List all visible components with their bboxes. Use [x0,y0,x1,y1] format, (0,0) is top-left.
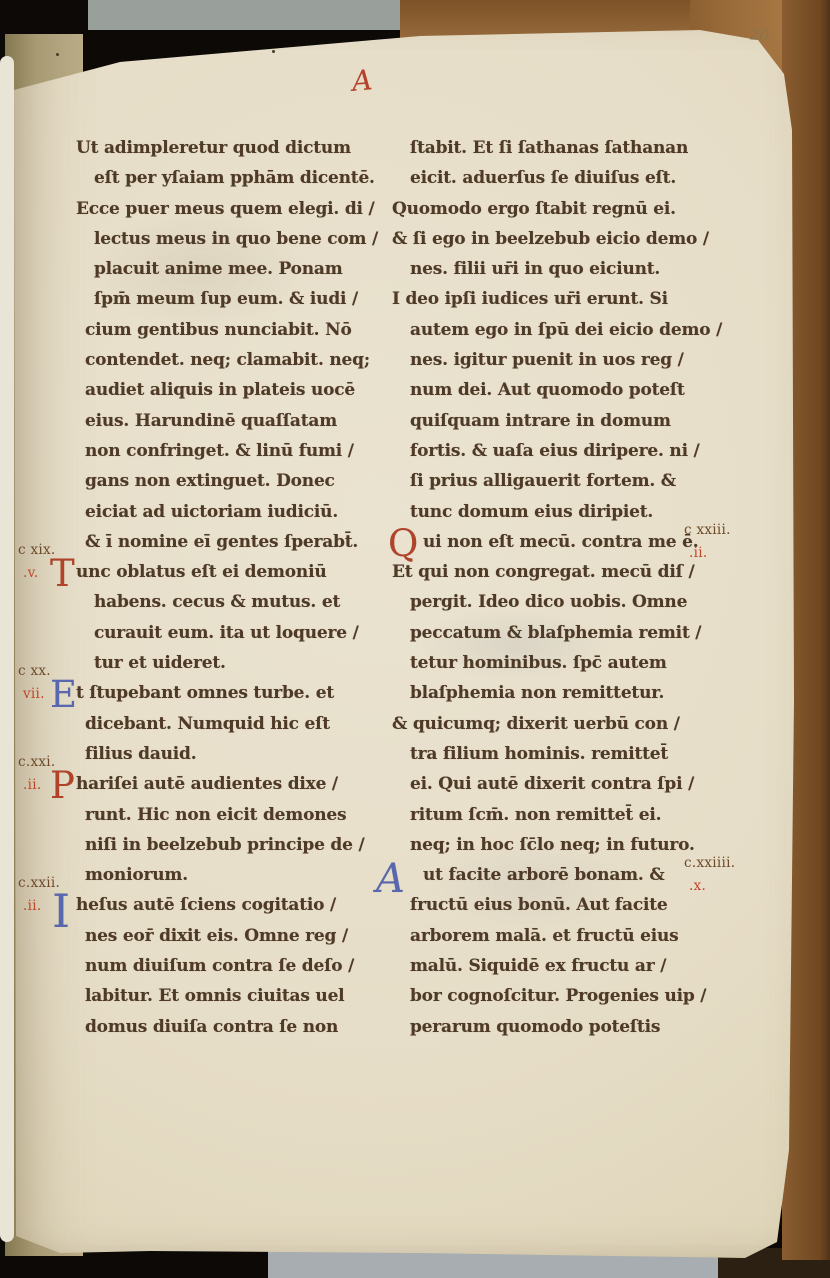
line-text: tetur hominibus. ſpc̄ autem [410,653,667,673]
line-text: domus diuiſa contra ſe non [85,1017,338,1037]
line-text: cium gentibus nunciabit. Nō [85,320,352,340]
text-line: autem ego in ſpū dei eicio demo / [392,315,728,345]
text-line: Et qui non congregat. mecū diſ / [392,557,728,587]
text-line: nes eor̄ dixit eis. Omne reg / [76,921,394,951]
facing-page-edge [0,56,14,1242]
text-line: pergit. Ideo dico uobis. Omne [392,587,728,617]
text-line: moniorum. [76,860,394,890]
illuminated-initial: P [50,766,75,807]
line-text: niſi in beelzebub principe de / [85,835,364,855]
line-text: non confringet. & linū fumi / [85,441,354,461]
line-text: nes. igitur puenit in uos reg / [410,350,684,370]
line-text: eicit. aduerſus ſe diuiſus eſt. [410,168,676,188]
text-line: niſi in beelzebub principe de / [76,830,394,860]
text-line: ſi prius alligauerit fortem. & [392,466,728,496]
text-line: eſt per yſaiam pphām dicentē. [76,163,394,193]
margin-chapter-label: c.xxiiii. [684,856,744,871]
illuminated-initial: A [376,857,405,901]
margin-chapter-label: c xxiii. [684,523,744,538]
line-text: ei. Qui autē dixerit contra ſpi / [410,774,694,794]
text-line: quiſquam intrare in domum [392,406,728,436]
text-line: gans non extinguet. Donec [76,466,394,496]
text-line: I deo ipſi iudices ur̄i erunt. Si [392,284,728,314]
line-text: pergit. Ideo dico uobis. Omne [410,592,687,612]
line-text: tunc domum eius diripiet. [410,502,653,522]
text-line: ei. Qui autē dixerit contra ſpi / [392,769,728,799]
line-text: dicebant. Numquid hic eſt [85,714,330,734]
text-line: fructū eius bonū. Aut facite [392,890,728,920]
line-text: curauit eum. ita ut loquere / [94,623,359,643]
text-line: num dei. Aut quomodo poteſt [392,375,728,405]
line-text: & ſi ego in beelzebub eicio demo / [392,229,709,249]
text-line: audiet aliquis in plateis uocē [76,375,394,405]
text-line: nes. filii ur̄i in quo eiciunt. [392,254,728,284]
line-text: ritum ſcm̄. non remittet̄ ei. [410,805,661,825]
text-line: tetur hominibus. ſpc̄ autem [392,648,728,678]
line-text: eſt per yſaiam pphām dicentē. [94,168,375,188]
text-line: Qui non eſt mecū. contra me ē.c xxiii..i… [392,527,728,557]
line-text: gans non extinguet. Donec [85,471,335,491]
line-text: heſus autē ſciens cogitatio / [76,895,336,915]
line-text: labitur. Et omnis ciuitas uel [85,986,344,1006]
line-text: Ecce puer meus quem elegi. di / [76,199,375,219]
line-text: ſi prius alligauerit fortem. & [410,471,676,491]
text-line: Ecce puer meus quem elegi. di / [76,194,394,224]
text-line: Quomodo ergo ſtabit regnū ei. [392,194,728,224]
line-text: habens. cecus & mutus. et [94,592,340,612]
line-text: filius dauid. [85,744,196,764]
text-line: arborem malā. et fructū eius [392,921,728,951]
line-text: unc oblatus eſt ei demoniū [76,562,327,582]
text-line: tra filium hominis. remittet̄ [392,739,728,769]
illuminated-initial: E [50,675,77,716]
line-text: I deo ipſi iudices ur̄i erunt. Si [392,289,668,309]
quire-mark: A [351,63,374,98]
illuminated-initial: I [52,886,70,937]
pricking-hole [272,50,275,53]
line-text: hariſei autē audientes dixe / [76,774,338,794]
line-text: malū. Siquidē ex fructu ar / [410,956,666,976]
text-line: & quicumq; dixerit uerbū con / [392,709,728,739]
text-line: non confringet. & linū fumi / [76,436,394,466]
line-text: contendet. neq; clamabit. neq; [85,350,370,370]
text-line: dicebant. Numquid hic eſt [76,709,394,739]
text-column-right: ſtabit. Et ſi ſathanas ſathananeicit. ad… [392,133,728,1042]
pricking-hole [56,53,59,56]
text-line: Phariſei autē audientes dixe /c.xxi..ii. [76,769,394,799]
text-line: Tunc oblatus eſt ei demoniūc xix..v. [76,557,394,587]
text-line: cium gentibus nunciabit. Nō [76,315,394,345]
text-column-left: Ut adimpleretur quod dictumeſt per yſaia… [76,133,394,1042]
line-text: runt. Hic non eicit demones [85,805,346,825]
text-line: peccatum & blaſphemia remit / [392,618,728,648]
line-text: peccatum & blaſphemia remit / [410,623,701,643]
manuscript-page-photo: A 20 Ut adimpleretur quod dictumeſt per … [0,0,830,1278]
line-text: neq; in hoc ſc̄lo neq; in futuro. [410,835,695,855]
text-line: domus diuiſa contra ſe non [76,1012,394,1042]
line-text: ſtabit. Et ſi ſathanas ſathanan [410,138,688,158]
text-line: Iheſus autē ſciens cogitatio /c.xxii..ii… [76,890,394,920]
text-line: curauit eum. ita ut loquere / [76,618,394,648]
text-line: Ut adimpleretur quod dictum [76,133,394,163]
line-text: moniorum. [85,865,188,885]
text-line: ſpm̄ meum ſup eum. & iudi / [76,284,394,314]
text-line: eius. Harundinē quaſſatam [76,406,394,436]
line-text: ſpm̄ meum ſup eum. & iudi / [94,289,358,309]
line-text: ui non eſt mecū. contra me ē. [392,532,698,552]
illuminated-initial: Q [388,524,418,565]
line-text: num dei. Aut quomodo poteſt [410,380,685,400]
line-text: nes. filii ur̄i in quo eiciunt. [410,259,660,279]
line-text: audiet aliquis in plateis uocē [85,380,355,400]
text-line: lectus meus in quo bene com / [76,224,394,254]
line-text: & quicumq; dixerit uerbū con / [392,714,680,734]
line-text: tra filium hominis. remittet̄ [410,744,668,764]
line-text: bor cognoſcitur. Progenies uip / [410,986,706,1006]
line-text: t ſtupebant omnes turbe. et [76,683,334,703]
text-line: fortis. & uaſa eius diripere. ni / [392,436,728,466]
margin-chapter-number: c xxiii..ii. [684,523,744,561]
text-line: placuit anime mee. Ponam [76,254,394,284]
text-line: blaſphemia non remittetur. [392,678,728,708]
line-text: ut facite arborē bonam. & [392,865,665,885]
line-text: Quomodo ergo ſtabit regnū ei. [392,199,676,219]
text-line: & ī nomine eī gentes ſperabt̄. [76,527,394,557]
text-line: eiciat ad uictoriam iudiciū. [76,497,394,527]
text-line: tur et uideret. [76,648,394,678]
text-line: filius dauid. [76,739,394,769]
line-text: Et qui non congregat. mecū diſ / [392,562,694,582]
text-line: bor cognoſcitur. Progenies uip / [392,981,728,1011]
text-line: habens. cecus & mutus. et [76,587,394,617]
line-text: autem ego in ſpū dei eicio demo / [410,320,722,340]
line-text: arborem malā. et fructū eius [410,926,679,946]
text-line: eicit. aduerſus ſe diuiſus eſt. [392,163,728,193]
line-text: quiſquam intrare in domum [410,411,671,431]
folio-number: 20 [749,25,769,44]
margin-chapter-number: c.xxiiii..x. [684,856,744,894]
line-text: placuit anime mee. Ponam [94,259,343,279]
text-line: labitur. Et omnis ciuitas uel [76,981,394,1011]
illuminated-initial: T [50,554,75,595]
text-line: Aut facite arborē bonam. &c.xxiiii..x. [392,860,728,890]
line-text: Ut adimpleretur quod dictum [76,138,351,158]
line-text: fructū eius bonū. Aut facite [410,895,668,915]
line-text: perarum quomodo poteſtis [410,1017,660,1037]
text-line: ritum ſcm̄. non remittet̄ ei. [392,800,728,830]
text-line: & ſi ego in beelzebub eicio demo / [392,224,728,254]
text-line: Et ſtupebant omnes turbe. etc xx.vii. [76,678,394,708]
line-text: num diuiſum contra ſe deſo / [85,956,354,976]
line-text: eius. Harundinē quaſſatam [85,411,337,431]
line-text: tur et uideret. [94,653,226,673]
line-text: nes eor̄ dixit eis. Omne reg / [85,926,348,946]
line-text: lectus meus in quo bene com / [94,229,378,249]
text-line: malū. Siquidē ex fructu ar / [392,951,728,981]
text-line: contendet. neq; clamabit. neq; [76,345,394,375]
text-line: perarum quomodo poteſtis [392,1012,728,1042]
text-line: neq; in hoc ſc̄lo neq; in futuro. [392,830,728,860]
line-text: eiciat ad uictoriam iudiciū. [85,502,338,522]
line-text: blaſphemia non remittetur. [410,683,664,703]
text-line: nes. igitur puenit in uos reg / [392,345,728,375]
backdrop-gray-top [88,0,438,30]
text-line: tunc domum eius diripiet. [392,497,728,527]
line-text: fortis. & uaſa eius diripere. ni / [410,441,700,461]
line-text: & ī nomine eī gentes ſperabt̄. [85,532,358,552]
text-line: num diuiſum contra ſe deſo / [76,951,394,981]
text-line: ſtabit. Et ſi ſathanas ſathanan [392,133,728,163]
text-line: runt. Hic non eicit demones [76,800,394,830]
